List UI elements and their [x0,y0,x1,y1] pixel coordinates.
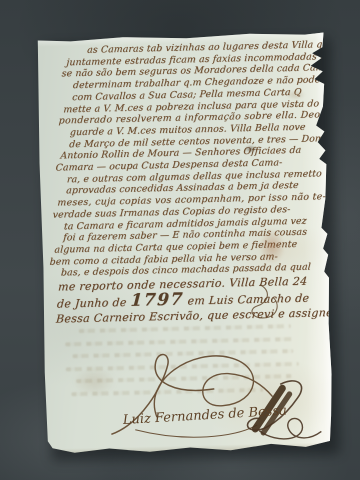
photo-backdrop: { "scene": { "background_color": "#3e444… [0,0,360,480]
year-1797: 1797 [130,289,185,310]
signature-name: Luiz Fernandes de Bessa [121,403,287,428]
bleedthrough-line [65,337,295,346]
manuscript-text: as Camaras tab vizinhas ao lugares desta… [55,39,325,327]
bleedthrough-line [76,374,292,383]
bleedthrough-line [66,362,299,371]
bleedthrough-line [71,388,263,397]
manuscript-page: as Camaras tab vizinhas ao lugares desta… [36,31,335,456]
bleedthrough-line [73,349,294,358]
ink-bleedthrough [65,324,307,405]
